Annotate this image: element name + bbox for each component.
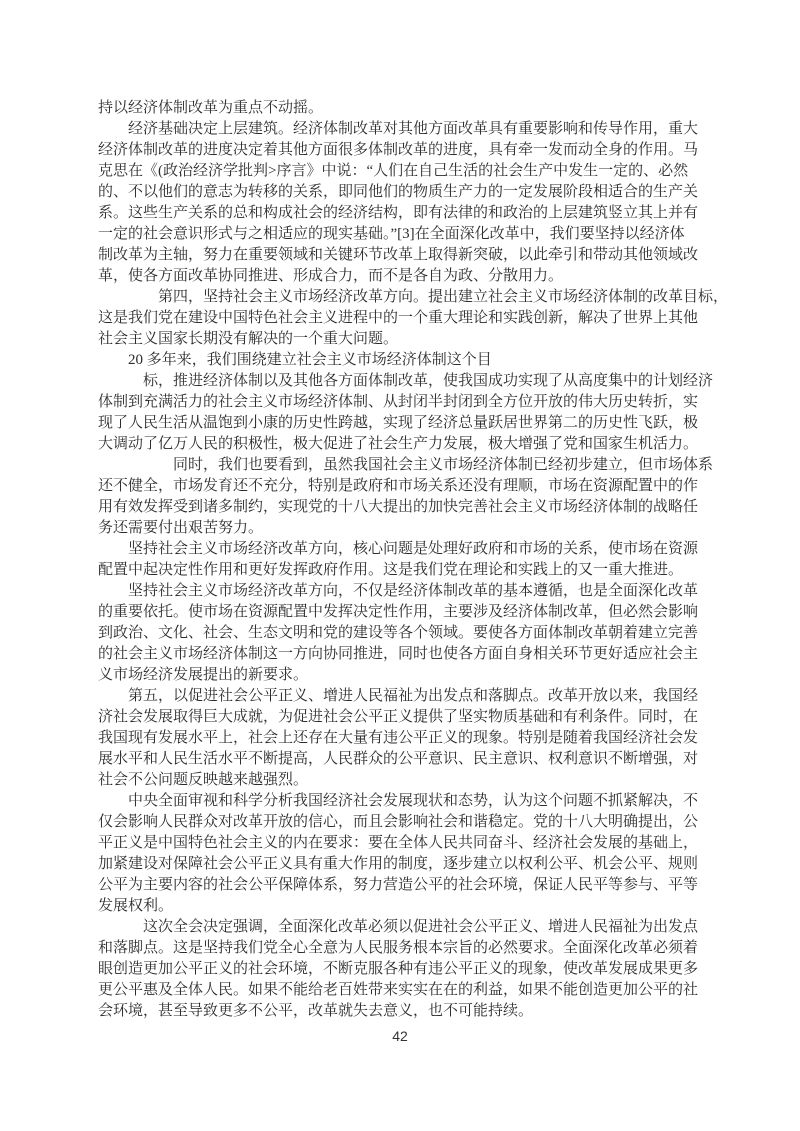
text-line: 中央全面审视和科学分析我国经济社会发展现状和态势，认为这个问题不抓紧解决，不 (98, 791, 738, 812)
document-page: 持以经济体制改革为重点不动摇。经济基础决定上层建筑。经济体制改革对其他方面改革具… (0, 0, 800, 1131)
text-line: 现了人民生活从温饱到小康的历史性跨越，实现了经济总量跃居世界第二的历史性飞跃，极 (98, 413, 738, 434)
text-line: 一定的社会意识形式与之相适应的现实基础。”[3]在全面深化改革中，我们要坚持以经… (98, 224, 738, 245)
text-line: 会环境，甚至导致更多不公平，改革就失去意义，也不可能持续。 (98, 1001, 738, 1022)
text-line: 用有效发挥受到诸多制约，实现党的十八大提出的加快完善社会主义市场经济体制的战略任 (98, 497, 738, 518)
text-line: 义市场经济发展提出的新要求。 (98, 665, 738, 686)
text-line: 标，推进经济体制以及其他各方面体制改革，使我国成功实现了从高度集中的计划经济 (98, 371, 738, 392)
text-line: 更公平惠及全体人民。如果不能给老百姓带来实实在在的利益，如果不能创造更加公平的社 (98, 980, 738, 1001)
text-line: 体制到充满活力的社会主义市场经济体制、从封闭半封闭到全方位开放的伟大历史转折，实 (98, 392, 738, 413)
page-number: 42 (0, 1028, 800, 1044)
text-line: 同时，我们也要看到，虽然我国社会主义市场经济体制已经初步建立，但市场体系 (98, 455, 738, 476)
text-line: 坚持社会主义市场经济改革方向，核心问题是处理好政府和市场的关系，使市场在资源 (98, 539, 738, 560)
text-line: 克思在《(政治经济学批判>序言》中说：“人们在自己生活的社会生产中发生一定的、必… (98, 161, 738, 182)
text-line: 制改革为主轴，努力在重要领域和关键环节改革上取得新突破，以此牵引和带动其他领域改 (98, 245, 738, 266)
text-line: 社会主义国家长期没有解决的一个重大问题。 (98, 329, 738, 350)
text-line: 眼创造更加公平正义的社会环境，不断克服各种有违公平正义的现象，使改革发展成果更多 (98, 959, 738, 980)
text-line: 持以经济体制改革为重点不动摇。 (98, 98, 738, 119)
text-line: 仅会影响人民群众对改革开放的信心，而且会影响社会和谐稳定。党的十八大明确提出，公 (98, 812, 738, 833)
text-line: 还不健全，市场发育还不充分，特别是政府和市场关系还没有理顺，市场在资源配置中的作 (98, 476, 738, 497)
text-line: 第四，坚持社会主义市场经济改革方向。提出建立社会主义市场经济体制的改革目标， (98, 287, 738, 308)
text-line: 加紧建设对保障社会公平正义具有重大作用的制度，逐步建立以权利公平、机会公平、规则 (98, 854, 738, 875)
text-line: 的社会主义市场经济体制这一方向协同推进，同时也使各方面自身相关环节更好适应社会主 (98, 644, 738, 665)
text-line: 和落脚点。这是坚持我们党全心全意为人民服务根本宗旨的必然要求。全面深化改革必须着 (98, 938, 738, 959)
text-line: 务还需要付出艰苦努力。 (98, 518, 738, 539)
text-line: 社会不公问题反映越来越强烈。 (98, 770, 738, 791)
text-line: 配置中起决定性作用和更好发挥政府作用。这是我们党在理论和实践上的又一重大推进。 (98, 560, 738, 581)
text-line: 系。这些生产关系的总和构成社会的经济结构，即有法律的和政治的上层建筑竖立其上并有 (98, 203, 738, 224)
text-line: 坚持社会主义市场经济改革方向，不仅是经济体制改革的基本遵循，也是全面深化改革 (98, 581, 738, 602)
text-line: 经济体制改革的进度决定着其他方面很多体制改革的进度，具有牵一发而动全身的作用。马 (98, 140, 738, 161)
text-line: 20 多年来，我们围绕建立社会主义市场经济体制这个目 (98, 350, 738, 371)
text-line: 的重要依托。使市场在资源配置中发挥决定性作用，主要涉及经济体制改革，但必然会影响 (98, 602, 738, 623)
text-line: 平正义是中国特色社会主义的内在要求：要在全体人民共同奋斗、经济社会发展的基础上， (98, 833, 738, 854)
text-line: 我国现有发展水平上，社会上还存在大量有违公平正义的现象。特别是随着我国经济社会发 (98, 728, 738, 749)
document-text-block: 持以经济体制改革为重点不动摇。经济基础决定上层建筑。经济体制改革对其他方面改革具… (98, 98, 738, 1022)
text-line: 展水平和人民生活水平不断提高，人民群众的公平意识、民主意识、权利意识不断增强，对 (98, 749, 738, 770)
text-line: 公平为主要内容的社会公平保障体系，努力营造公平的社会环境，保证人民平等参与、平等 (98, 875, 738, 896)
text-line: 的、不以他们的意志为转移的关系，即同他们的物质生产力的一定发展阶段相适合的生产关 (98, 182, 738, 203)
text-line: 到政治、文化、社会、生态文明和党的建设等各个领域。要使各方面体制改革朝着建立完善 (98, 623, 738, 644)
text-line: 大调动了亿万人民的积极性，极大促进了社会生产力发展，极大增强了党和国家生机活力。 (98, 434, 738, 455)
text-line: 济社会发展取得巨大成就，为促进社会公平正义提供了坚实物质基础和有利条件。同时，在 (98, 707, 738, 728)
text-line: 这次全会决定强调，全面深化改革必须以促进社会公平正义、增进人民福祉为出发点 (98, 917, 738, 938)
text-line: 这是我们党在建设中国特色社会主义进程中的一个重大理论和实践创新，解决了世界上其他 (98, 308, 738, 329)
text-line: 发展权利。 (98, 896, 738, 917)
text-line: 革，使各方面改革协同推进、形成合力，而不是各自为政、分散用力。 (98, 266, 738, 287)
text-line: 经济基础决定上层建筑。经济体制改革对其他方面改革具有重要影响和传导作用，重大 (98, 119, 738, 140)
text-line: 第五，以促进社会公平正义、增进人民福祉为出发点和落脚点。改革开放以来，我国经 (98, 686, 738, 707)
